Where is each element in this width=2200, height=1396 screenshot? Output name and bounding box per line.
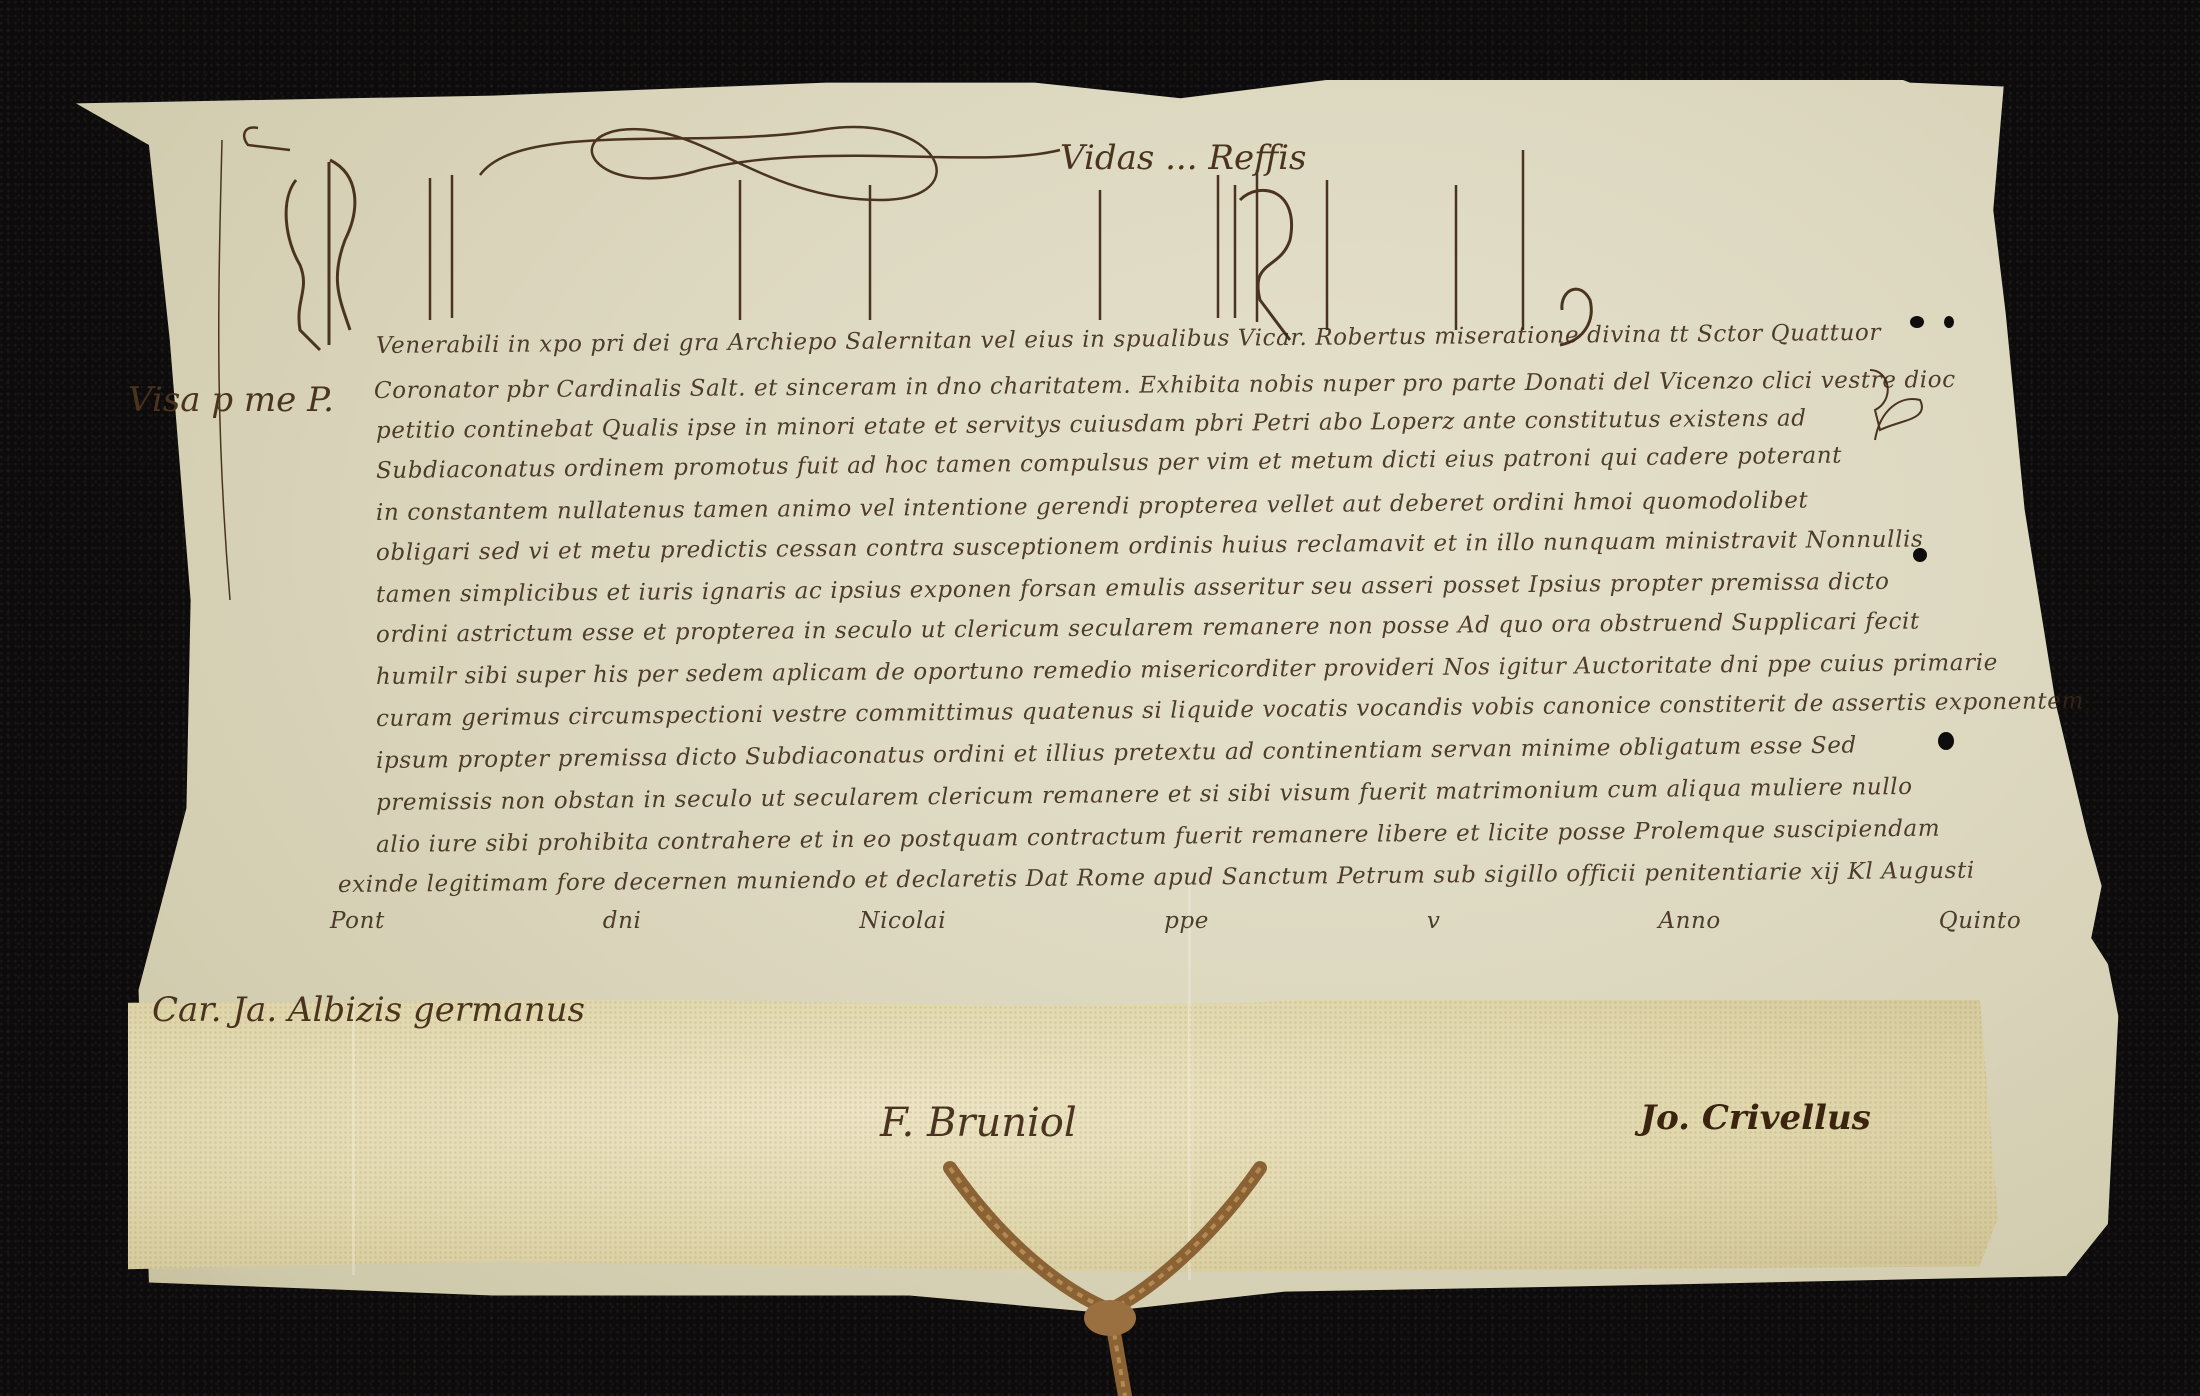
parchment-hole <box>1938 732 1954 750</box>
document-image: Venerabili in xpo pri dei gra Archiepo S… <box>0 0 2200 1396</box>
seal-cord <box>0 0 2200 1396</box>
parchment-hole <box>1910 316 1924 328</box>
parchment-hole <box>1944 316 1954 328</box>
parchment-hole <box>1913 548 1927 562</box>
parchment-hole <box>1832 64 1842 76</box>
